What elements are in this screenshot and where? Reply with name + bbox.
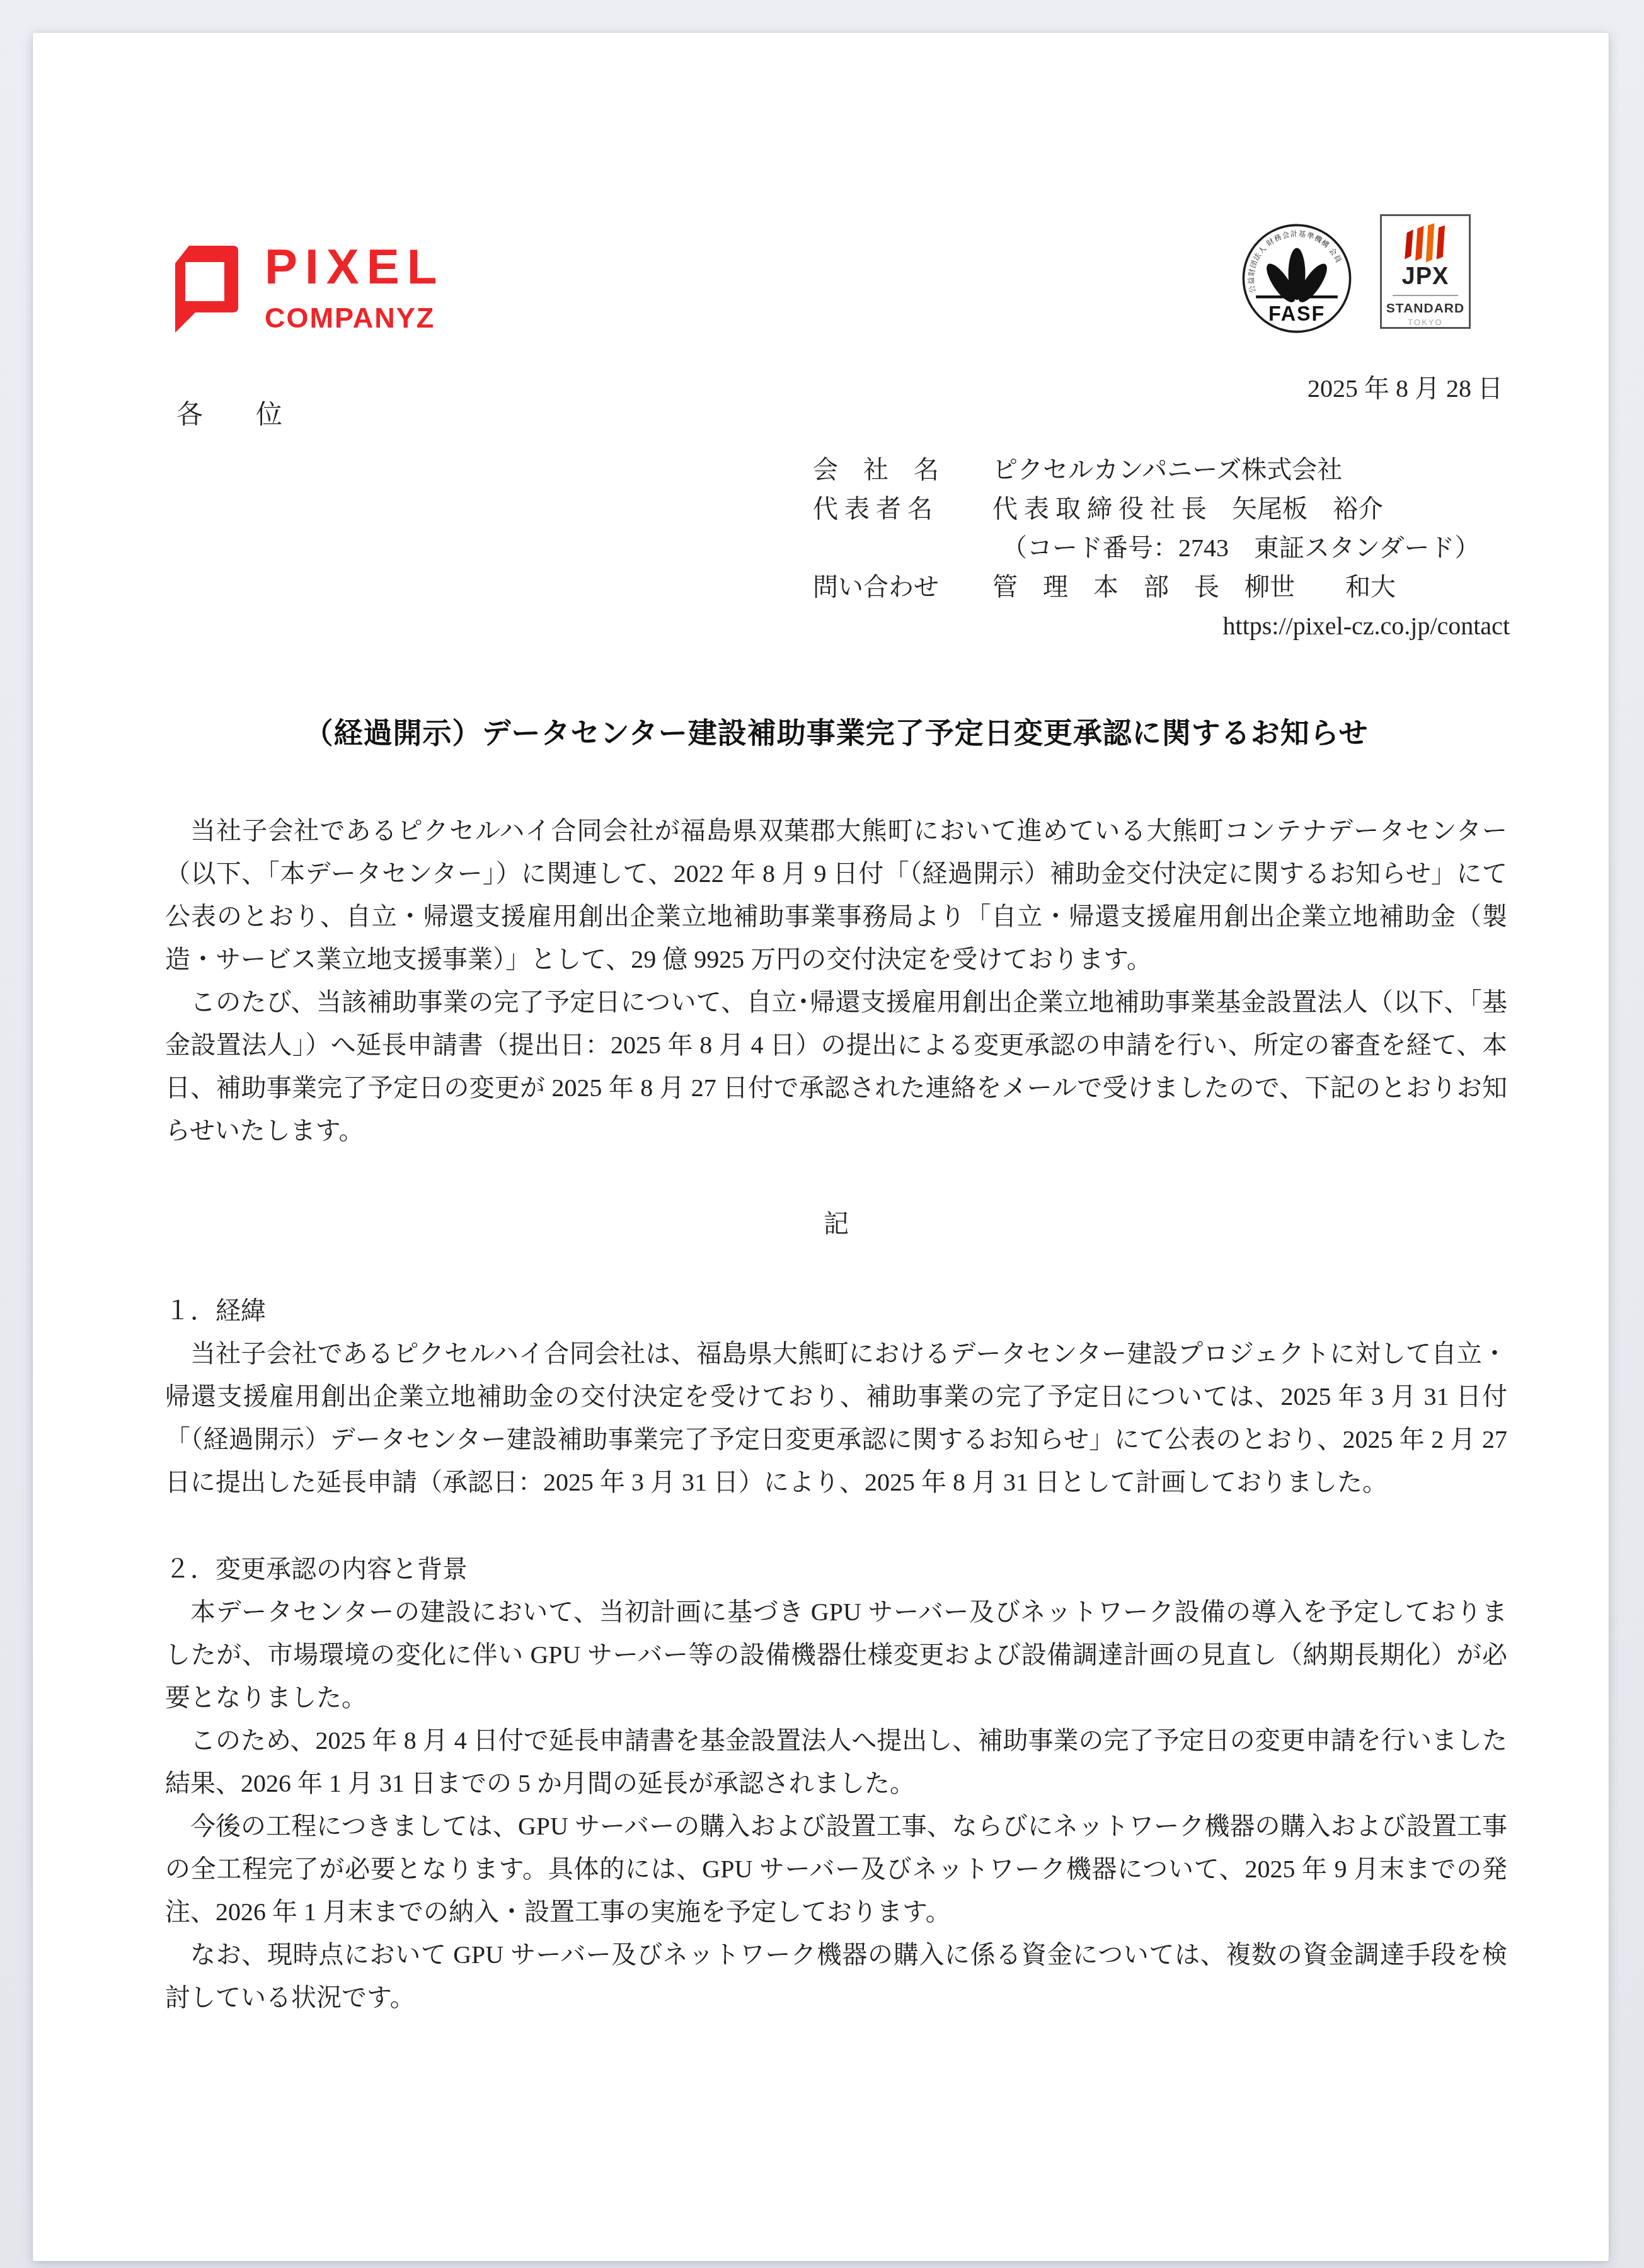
section-2-paragraph: なお、現時点において GPU サーバー及びネットワーク機器の購入に係る資金につい… <box>165 1933 1507 2019</box>
contact-url: https://pixel-cz.co.jp/contact <box>813 607 1512 646</box>
representative-label: 代 表 者 名 <box>813 490 992 529</box>
section-1-heading: １．経緯 <box>165 1290 1507 1332</box>
pixel-logo-icon <box>166 241 243 335</box>
fasf-label: FASF <box>1268 302 1325 325</box>
jpx-standard-badge: JPX STANDARD TOKYO <box>1380 214 1471 329</box>
pdf-viewer-background: PIXEL COMPANYZ 公益財団法人 財務会計基準機構 会員 FASF <box>0 0 1644 2268</box>
company-info-block: 会 社 名ピクセルカンパニーズ株式会社 代 表 者 名代 表 取 締 役 社 長… <box>813 450 1512 646</box>
jpx-market-segment: STANDARD <box>1386 301 1464 316</box>
ki-divider-label: 記 <box>165 1203 1507 1246</box>
section-2-heading: ２．変更承認の内容と背景 <box>165 1548 1507 1591</box>
lead-paragraph: このたび、当該補助事業の完了予定日について、自立･帰還支援雇用創出企業立地補助事… <box>165 981 1507 1152</box>
section-2-paragraph: このため、2025 年 8 月 4 日付で延長申請書を基金設置法人へ提出し、補助… <box>165 1719 1507 1805</box>
company-name-value: ピクセルカンパニーズ株式会社 <box>992 455 1342 484</box>
contact-row: 問い合わせ管 理 本 部 長 柳世 和大 <box>813 568 1512 607</box>
logo-wordmark: PIXEL COMPANYZ <box>265 242 444 332</box>
jpx-flame-bars-icon <box>1399 221 1452 263</box>
jpx-label: JPX <box>1402 265 1449 289</box>
representative-row: 代 表 者 名代 表 取 締 役 社 長 矢尾板 裕介 <box>813 490 1512 529</box>
document-body: （経過開示）データセンター建設補助事業完了予定日変更承認に関するお知らせ 当社子… <box>165 712 1507 2019</box>
company-name-row: 会 社 名ピクセルカンパニーズ株式会社 <box>813 450 1512 490</box>
contact-label: 問い合わせ <box>813 568 992 607</box>
representative-value: 代 表 取 締 役 社 長 矢尾板 裕介 <box>992 495 1383 523</box>
logo-wordmark-line1: PIXEL <box>265 242 444 291</box>
recipient-line: 各 位 <box>176 394 282 432</box>
section-2-paragraph: 今後の工程につきましては、GPU サーバーの購入および設置工事、ならびにネットワ… <box>165 1805 1507 1933</box>
jpx-tokyo-label: TOKYO <box>1408 318 1442 327</box>
company-name-label: 会 社 名 <box>813 450 992 490</box>
pixel-companyz-logo: PIXEL COMPANYZ <box>166 241 444 335</box>
contact-value: 管 理 本 部 長 柳世 和大 <box>992 573 1396 601</box>
document-title: （経過開示）データセンター建設補助事業完了予定日変更承認に関するお知らせ <box>165 712 1507 755</box>
section-2-paragraph: 本データセンターの建設において、当初計画に基づき GPU サーバー及びネットワー… <box>165 1591 1507 1719</box>
jpx-divider <box>1393 295 1458 296</box>
stock-code-value: （コード番号：2743 東証スタンダード） <box>1002 534 1480 562</box>
document-page: PIXEL COMPANYZ 公益財団法人 財務会計基準機構 会員 FASF <box>33 33 1609 2261</box>
section-1-paragraph: 当社子会社であるピクセルハイ合同会社は、福島県大熊町におけるデータセンター建設プ… <box>165 1332 1507 1504</box>
fasf-seal: 公益財団法人 財務会計基準機構 会員 FASF <box>1240 222 1354 335</box>
document-date: 2025 年 8 月 28 日 <box>813 369 1509 404</box>
stock-code-row: （コード番号：2743 東証スタンダード） <box>813 529 1512 568</box>
lead-paragraph: 当社子会社であるピクセルハイ合同会社が福島県双葉郡大熊町において進めている大熊町… <box>165 810 1507 981</box>
logo-wordmark-line2: COMPANYZ <box>265 304 444 332</box>
